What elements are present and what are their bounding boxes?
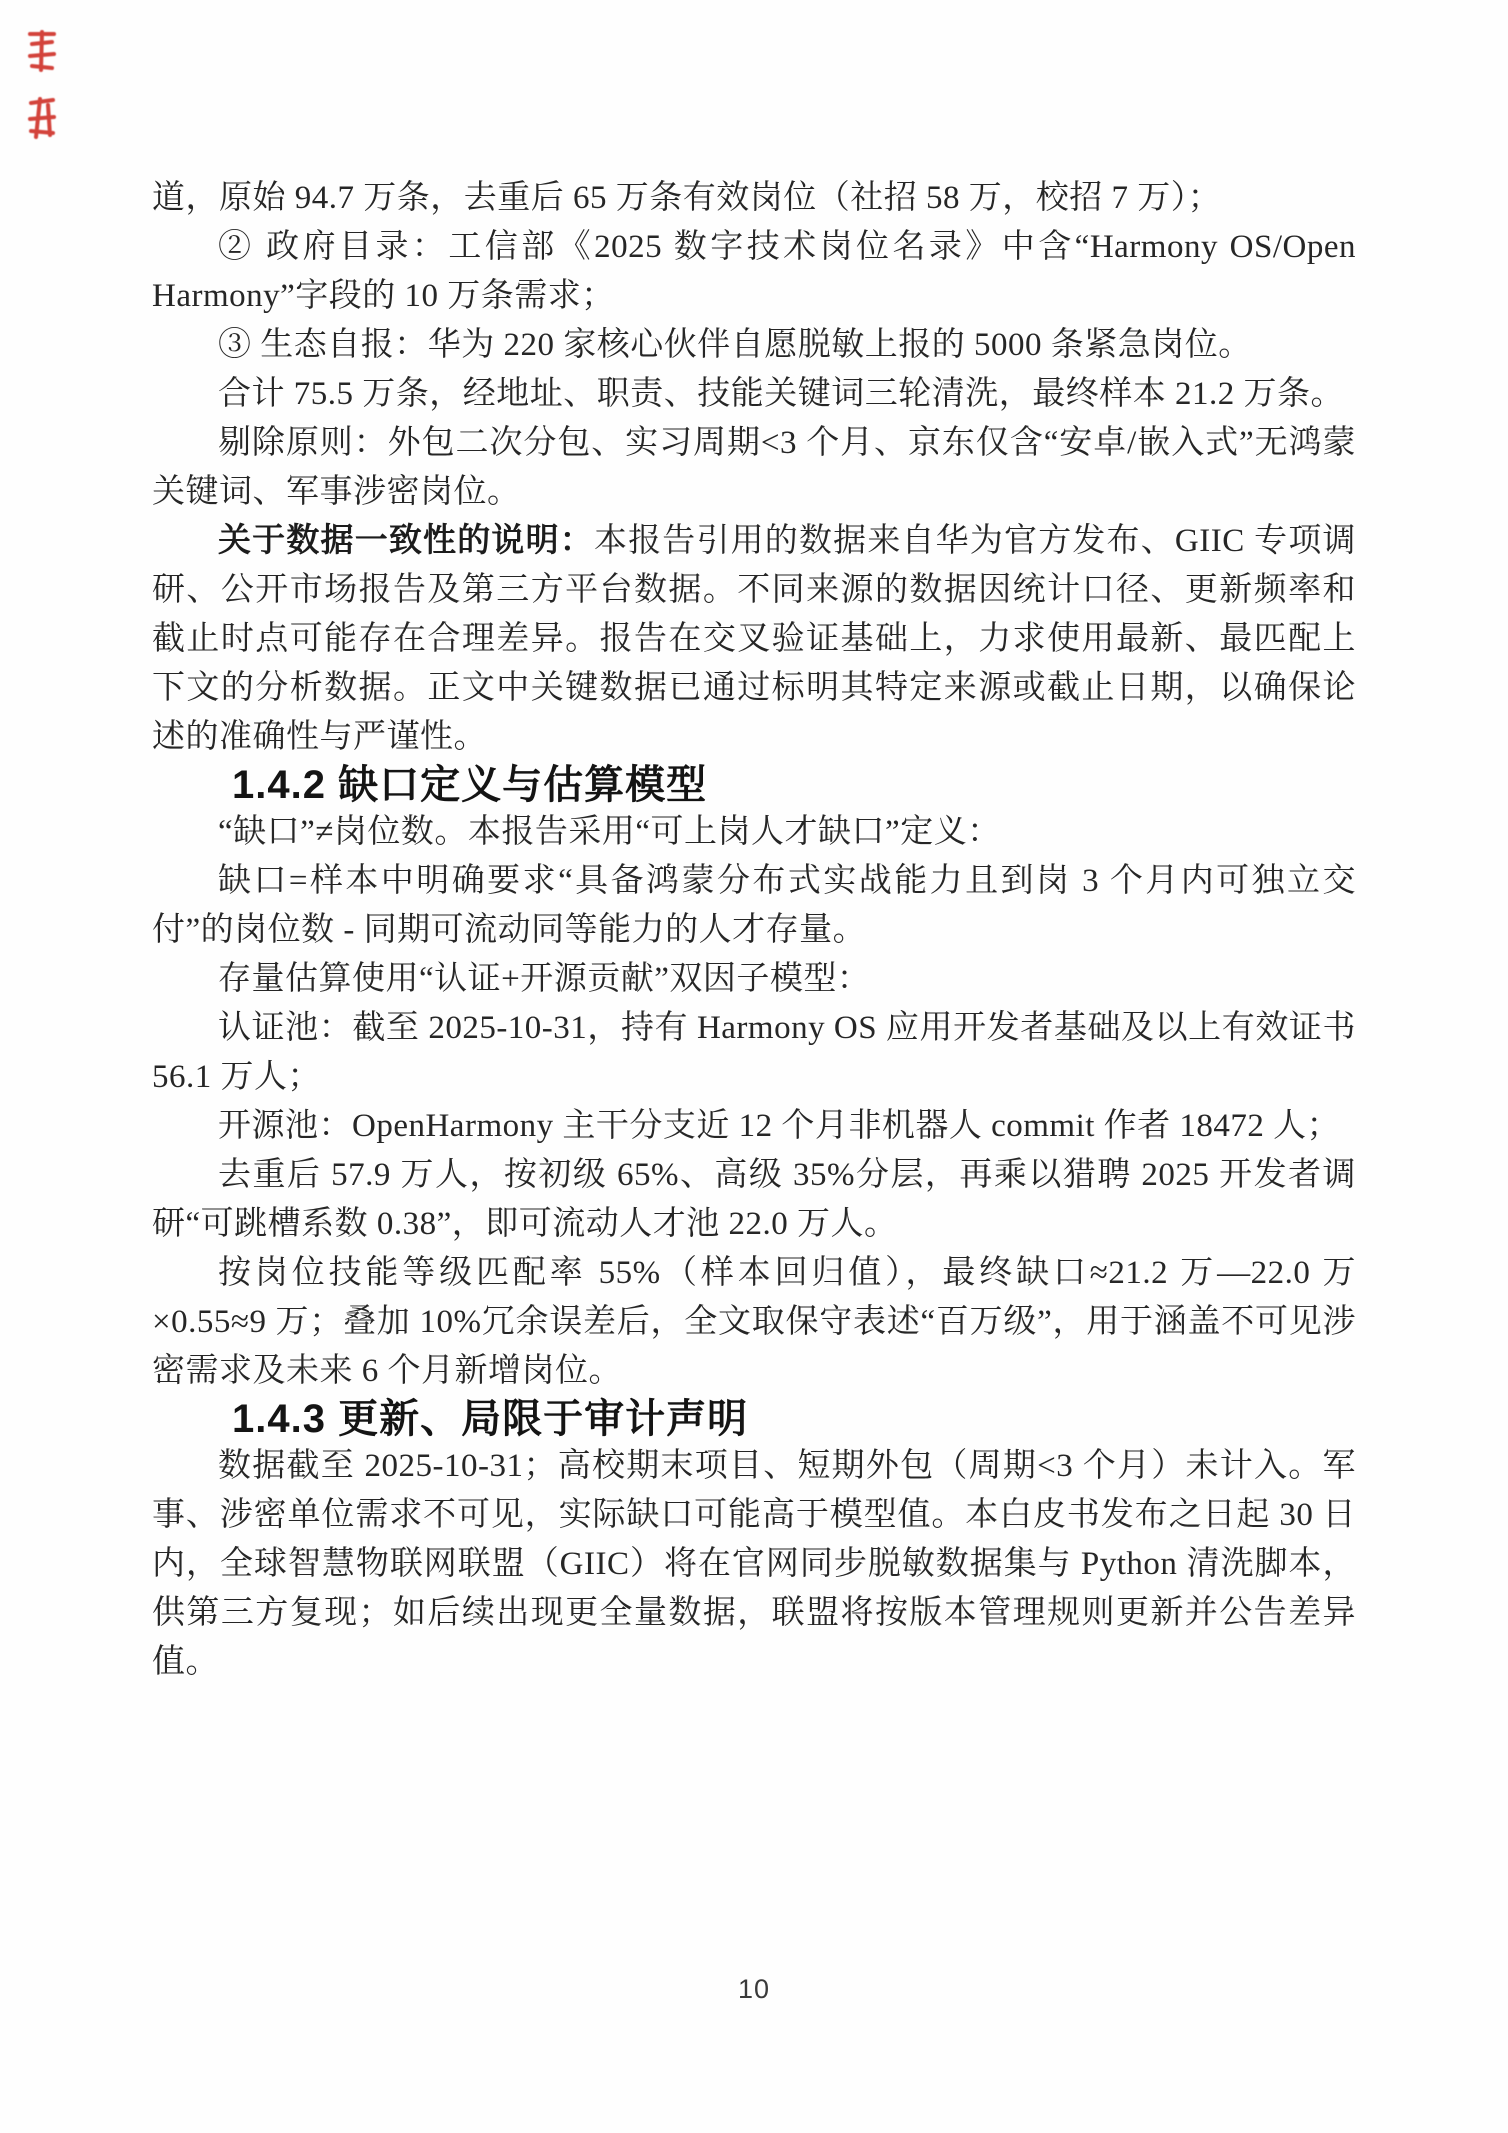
red-ink-mark-icon [26, 95, 58, 141]
paragraph: ② 政府目录：工信部《2025 数字技术岗位名录》中含“Harmony OS/O… [152, 223, 1356, 321]
paragraph: “缺口”≠岗位数。本报告采用“可上岗人才缺口”定义： [152, 808, 1356, 857]
page-number: 10 [0, 1974, 1508, 2005]
paragraph-bold-lead: 关于数据一致性的说明： [218, 523, 594, 559]
document-body: 道，原始 94.7 万条，去重后 65 万条有效岗位（社招 58 万，校招 7 … [152, 174, 1356, 1687]
paragraph: ③ 生态自报：华为 220 家核心伙伴自愿脱敏上报的 5000 条紧急岗位。 [152, 321, 1356, 370]
paragraph: 存量估算使用“认证+开源贡献”双因子模型： [152, 955, 1356, 1004]
section-heading-143: 1.4.3 更新、局限于审计声明 [152, 1396, 1356, 1442]
paragraph: 认证池：截至 2025-10-31，持有 Harmony OS 应用开发者基础及… [152, 1004, 1356, 1102]
paragraph: 道，原始 94.7 万条，去重后 65 万条有效岗位（社招 58 万，校招 7 … [152, 174, 1356, 223]
red-ink-artifact [26, 28, 62, 146]
paragraph: 按岗位技能等级匹配率 55%（样本回归值），最终缺口≈21.2 万—22.0 万… [152, 1249, 1356, 1396]
paragraph: 合计 75.5 万条，经地址、职责、技能关键词三轮清洗，最终样本 21.2 万条… [152, 370, 1356, 419]
paragraph: 缺口=样本中明确要求“具备鸿蒙分布式实战能力且到岗 3 个月内可独立交付”的岗位… [152, 857, 1356, 955]
paragraph: 去重后 57.9 万人，按初级 65%、高级 35%分层，再乘以猎聘 2025 … [152, 1151, 1356, 1249]
paragraph: 剔除原则：外包二次分包、实习周期<3 个月、京东仅含“安卓/嵌入式”无鸿蒙关键词… [152, 419, 1356, 517]
paragraph: 数据截至 2025-10-31；高校期末项目、短期外包（周期<3 个月）未计入。… [152, 1442, 1356, 1687]
document-page: 道，原始 94.7 万条，去重后 65 万条有效岗位（社招 58 万，校招 7 … [0, 0, 1508, 2133]
paragraph-data-consistency: 关于数据一致性的说明：本报告引用的数据来自华为官方发布、GIIC 专项调研、公开… [152, 517, 1356, 762]
red-ink-mark-icon [26, 28, 58, 74]
section-heading-142: 1.4.2 缺口定义与估算模型 [152, 762, 1356, 808]
paragraph: 开源池：OpenHarmony 主干分支近 12 个月非机器人 commit 作… [152, 1102, 1356, 1151]
